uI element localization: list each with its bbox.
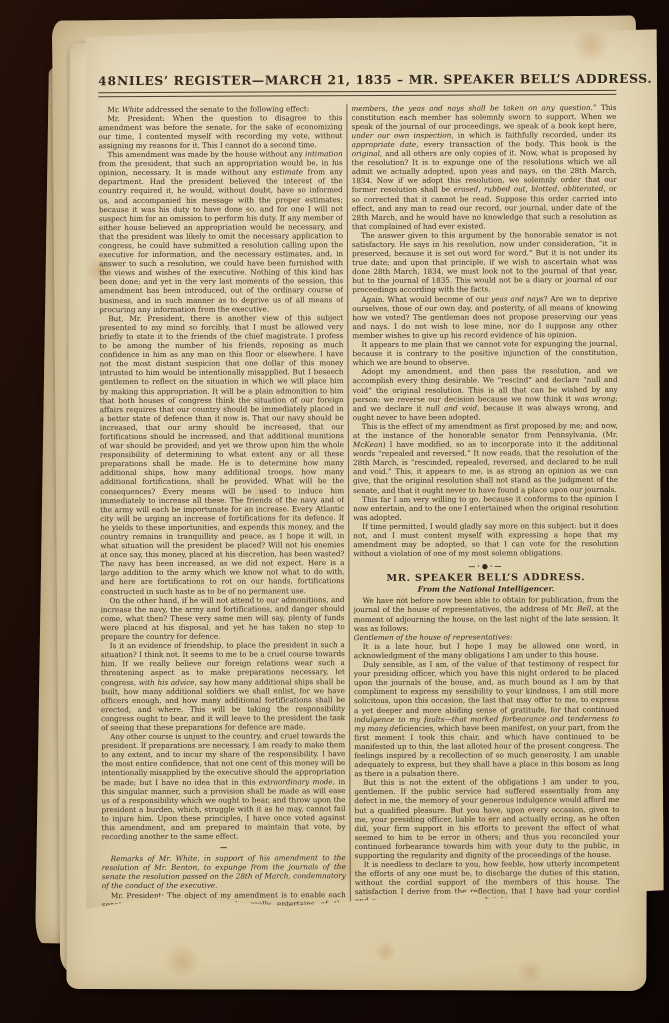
- article-heading: MR. SPEAKER BELL’S ADDRESS.: [353, 572, 618, 585]
- paragraph: If time permitted, I would gladly say mo…: [353, 521, 618, 559]
- paragraph: Any other course is unjust to the countr…: [101, 731, 345, 841]
- paragraph: It is a late hour, but I hope I may be a…: [354, 641, 619, 660]
- right-column: members, the yeas and nays shall be take…: [351, 103, 620, 910]
- paragraph: Is it an evidence of friendship, to plac…: [101, 640, 345, 732]
- paragraph: But, Mr. President, there is another vie…: [99, 313, 344, 596]
- paragraph: Adopt my amendment, and then pass the re…: [353, 366, 618, 422]
- section-ornament: —·●·—: [353, 561, 618, 571]
- paragraph: But this is not the extent of the obliga…: [354, 777, 619, 860]
- paragraph: This is the effect of my amendment as fi…: [353, 421, 618, 495]
- left-column: Mr. White addressed the senate to the fo…: [98, 104, 346, 911]
- paragraph: Duly sensible, as I am, of the value of …: [354, 659, 620, 778]
- paragraph: On the other hand, if he will not attend…: [101, 595, 345, 642]
- paragraph: This amendment was made by the house wit…: [99, 149, 344, 314]
- paragraph: Mr. President: When the question to disa…: [98, 113, 342, 150]
- page-title: NILES’ REGISTER—MARCH 21, 1835 – MR. SPE…: [117, 71, 652, 88]
- paragraph: We have not before now been able to obta…: [354, 595, 619, 633]
- paragraph: members, the yeas and nays shall be take…: [351, 103, 617, 231]
- paragraph: This far I am very willing to go, becaus…: [353, 494, 618, 522]
- article-source: From the National Intelligencer.: [353, 584, 618, 595]
- page-number: 48: [98, 74, 117, 88]
- newspaper-page: 48 NILES’ REGISTER—MARCH 21, 1835 – MR. …: [82, 27, 664, 922]
- paragraph: Again. What would become of our yeas and…: [352, 293, 617, 340]
- paragraph: The answer given to this argument by the…: [352, 230, 617, 295]
- column-divider: [346, 104, 351, 910]
- page-header: 48 NILES’ REGISTER—MARCH 21, 1835 – MR. …: [98, 71, 616, 88]
- paragraph: It appears to me plain that we cannot vo…: [352, 339, 617, 367]
- article-columns: Mr. White addressed the senate to the fo…: [98, 103, 620, 911]
- header-rule: [98, 90, 616, 97]
- remarks-heading: Remarks of Mr. White, in support of his …: [102, 853, 346, 890]
- section-divider: —: [102, 843, 346, 851]
